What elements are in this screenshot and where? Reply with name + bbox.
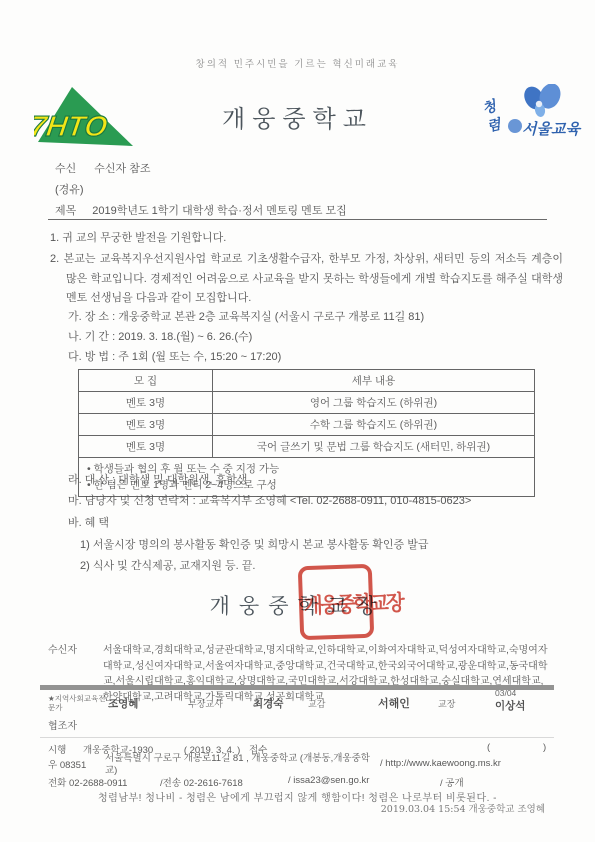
body-item-contact: 마. 담당자 및 신청 연락처 : 교육복지부 조영혜 <Tel. 02-268… [68, 492, 471, 508]
benefit-item-1: 1) 서울시장 명의의 봉사활동 확인증 및 희망시 본교 봉사활동 확인증 발… [80, 536, 429, 552]
table-header-row: 모 집 세부 내용 [79, 370, 535, 392]
website-text: / http://www.kaewoong.ms.kr [380, 758, 501, 769]
table-row: 멘토 3명 국어 글쓰기 및 문법 그룹 학습지도 (새터민, 하위권) [79, 436, 535, 458]
tel-number: 02-2688-0911 [69, 778, 127, 789]
zip-row: 우 08351 [48, 757, 86, 771]
table-cell-recruit: 멘토 3명 [79, 436, 213, 458]
body-item-period: 나. 기 간 : 2019. 3. 18.(월) ~ 6. 26.(수) [68, 328, 252, 344]
subject-label: 제목 [55, 205, 76, 217]
benefit-item-2: 2) 식사 및 간식제공, 교재지원 등. 끝. [80, 557, 255, 573]
top-slogan: 창의적 민주시민을 기르는 혁신미래교육 [0, 56, 595, 70]
subject-value: 2019학년도 1학기 대학생 학습·정서 멘토링 멘토 모집 [92, 205, 346, 217]
approver4-name: 이상석 [495, 698, 525, 713]
approver4-role: 교장 [438, 697, 455, 710]
table-cell-detail: 국어 글쓰기 및 문법 그룹 학습지도 (새터민, 하위권) [213, 436, 535, 458]
approver2-role: 부장교사 [188, 697, 223, 710]
via-row: (경유) [55, 181, 84, 197]
body-item-place: 가. 장 소 : 개웅중학교 본관 2층 교육복지실 (서울시 구로구 개봉로 … [68, 308, 424, 324]
subject-row: 제목2019학년도 1학기 대학생 학습·정서 멘토링 멘토 모집 [48, 202, 545, 218]
body-paragraph-2: 2. 본교는 교육복지우선지원사업 학교로 기초생활수급자, 한부모 가정, 차… [50, 250, 563, 309]
approval-line: ★지역사회교육전문가 조영혜 부장교사 최경숙 교감 서해인 교장 03/04 … [40, 692, 554, 718]
approver3-name: 서해인 [378, 695, 410, 711]
body-paragraph-1: 1. 귀 교의 무궁한 발전을 기원합니다. [50, 229, 226, 245]
table-row: 멘토 3명 영어 그룹 학습지도 (하위권) [79, 392, 535, 414]
table-cell-recruit: 멘토 3명 [79, 392, 213, 414]
svg-text:렴: 렴 [485, 115, 503, 135]
drafter-role: ★지역사회교육전문가 [48, 695, 108, 712]
fax-number: 02-2616-7618 [184, 778, 243, 789]
table-cell-detail: 영어 그룹 학습지도 (하위권) [213, 392, 535, 414]
table-cell-recruit: 멘토 3명 [79, 414, 213, 436]
seoul-education-logo-icon: 청 렴 서울교육 [482, 84, 587, 155]
svg-text:서울교육: 서울교육 [522, 120, 581, 138]
tel-label: 전화 [48, 778, 66, 789]
approver3-role: 교감 [308, 697, 325, 710]
address-text: 서울특별시 구로구 개봉로11길 81 , 개웅중학교 (개봉동,개웅중학교) [105, 753, 377, 776]
fax-label: /전송 [160, 778, 181, 789]
svg-text:청: 청 [482, 97, 500, 118]
receipt-paren-open: ( [487, 742, 490, 753]
zip-code: 08351 [60, 760, 86, 771]
official-seal-stamp: 개 웅 중 학 교 장 [298, 564, 375, 641]
body-item-benefit: 바. 혜 택 [68, 514, 109, 530]
recipient-row: 수신수신자 참조 [55, 160, 150, 176]
email-text: / issa23@sen.go.kr [288, 775, 369, 786]
execution-label: 시행 [48, 745, 66, 756]
table-header-detail: 세부 내용 [213, 370, 535, 392]
recipient-label: 수신 [55, 163, 76, 175]
body-item-method: 다. 방 법 : 주 1회 (월 또는 수, 15:20 ~ 17:20) [68, 348, 281, 364]
zip-label: 우 [48, 760, 57, 771]
print-timestamp: 2019.03.04 15:54 개웅중학교 조영혜 [0, 801, 545, 815]
receipt-paren-close: ) [543, 742, 546, 753]
table-cell-detail: 수학 그룹 학습지도 (하위권) [213, 414, 535, 436]
seal-char: 장 [385, 561, 407, 639]
butterfly-icon [520, 84, 564, 118]
recipients-label: 수신자 [48, 643, 77, 659]
recipient-value: 수신자 참조 [94, 163, 150, 175]
disclosure-label: / 공개 [440, 775, 464, 789]
telephone-row: 전화 02-2688-0911 [48, 775, 127, 789]
drafter-name: 조영혜 [108, 696, 138, 711]
signer-title: 개웅중학교장 [0, 590, 595, 620]
table-header-recruit: 모 집 [79, 370, 213, 392]
fax-row: /전송 02-2616-7618 [160, 775, 243, 789]
approver2-name: 최경숙 [253, 696, 283, 711]
body-item-target: 라. 대 상 : 대학생 및 대학원생, 휴학생 [68, 471, 247, 487]
cooperator-label: 협조자 [48, 717, 77, 732]
footer-divider [40, 737, 554, 738]
approver4-date: 03/04 [495, 688, 516, 698]
subject-underline [48, 219, 547, 220]
approval-divider-bar [40, 685, 554, 690]
table-row: 멘토 3명 수학 그룹 학습지도 (하위권) [79, 414, 535, 436]
official-document-page: 창의적 민주시민을 기르는 혁신미래교육 7HTO 개웅중학교 청 렴 서울교육… [0, 0, 595, 842]
